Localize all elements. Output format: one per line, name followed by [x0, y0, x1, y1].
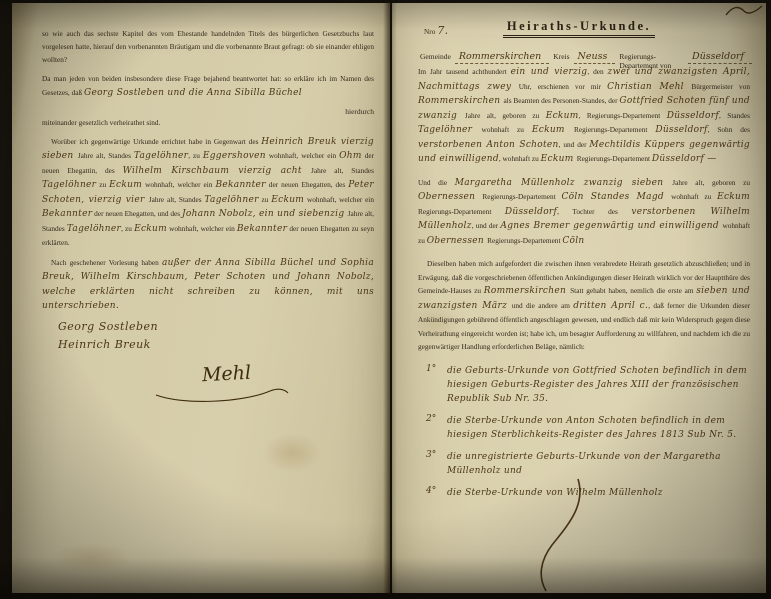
gemeinde-label: Gemeinde: [420, 52, 451, 61]
printed-text: , und der: [472, 221, 501, 230]
printed-text: , und der: [559, 140, 590, 149]
handwritten-text: Cöln: [562, 236, 584, 246]
printed-text: Regierungs-Departement: [577, 154, 652, 163]
handwritten-spouse-names: Georg Sostleben und die Anna Sibilla Büc…: [84, 88, 302, 98]
handwritten-text: Bekannter: [42, 209, 92, 219]
printed-text: zu: [96, 180, 109, 189]
exhibit-item: 1° die Geburts-Urkunde von Gottfried Sch…: [426, 364, 750, 406]
printed-text: Bürgermeister von: [691, 82, 750, 91]
printed-text: wohnhaft, welcher ein: [304, 195, 374, 204]
certificate-header: Nro 7. Heiraths-Urkunde.: [392, 17, 766, 45]
exhibit-item: 2° die Sterbe-Urkunde von Anton Schoten …: [426, 414, 750, 442]
printed-text: Jahre alt, geboren zu: [672, 178, 750, 187]
exhibit-text: die Geburts-Urkunde von Gottfried Schote…: [447, 364, 750, 406]
handwritten-text: Ohm: [339, 151, 362, 161]
left-page-text: so wie auch das sechste Kapitel des vom …: [42, 27, 374, 403]
paragraph-declaration: Da man jeden von beiden insbesondere die…: [42, 72, 374, 101]
printed-text: Und die: [418, 178, 455, 187]
handwritten-text: Eckum: [717, 192, 750, 202]
handwritten-text: Eckum: [271, 195, 304, 205]
handwritten-text: Rommerskirchen: [484, 286, 570, 296]
exhibit-marker: 2°: [426, 414, 440, 442]
exhibit-text: die unregistrierte Geburts-Urkunde von d…: [447, 450, 750, 478]
exhibit-marker: 4°: [426, 486, 440, 500]
printed-text: Jahre alt, geboren zu: [465, 111, 546, 120]
paragraph-announcements: Dieselben haben mich aufgefordert die zw…: [418, 257, 750, 354]
handwritten-text: Eckum: [109, 180, 142, 190]
right-page: Nro 7. Heiraths-Urkunde. Gemeinde Rommer…: [392, 3, 766, 593]
handwritten-text: Christian Mehl: [607, 82, 691, 92]
handwritten-text: Eckum: [541, 154, 577, 164]
record-number: Nro 7.: [424, 24, 448, 37]
right-page-text: Im Jahr tausend achthundert ein und vier…: [418, 65, 750, 508]
signature-groom: Georg Sostleben: [58, 320, 374, 333]
handwritten-text: Tagelöhner: [67, 224, 121, 234]
printed-text: wohnhaft, welcher ein: [142, 180, 215, 189]
signature-witness: Heinrich Breuk: [58, 338, 374, 351]
paper-stain: [262, 433, 322, 473]
printed-text: Regierungs-Departement: [482, 192, 561, 201]
handwritten-text: Mechtildis Küppers: [589, 140, 689, 150]
printed-text: der neuen Ehegatten, des: [266, 180, 348, 189]
handwritten-text: Gottfried Schoten: [619, 96, 709, 106]
handwritten-text: dritten April c.: [573, 301, 648, 311]
printed-text: Regierungs-Departement: [418, 207, 505, 216]
printed-married-statement: miteinander gesetzlich verheirathet sind…: [42, 116, 374, 129]
handwritten-text: Tagelöhner: [418, 125, 482, 135]
document-exhibits-list: 1° die Geburts-Urkunde von Gottfried Sch…: [426, 364, 750, 500]
printed-text: , zu: [188, 151, 203, 160]
handwritten-text: Heinrich Breuk: [261, 137, 341, 147]
handwritten-text: Eckum: [546, 111, 579, 121]
paper-stain: [52, 543, 132, 573]
exhibit-item: 3° die unregistrierte Geburts-Urkunde vo…: [426, 450, 750, 478]
printed-text: wohnhaft zu: [482, 125, 532, 134]
handwritten-text: Margaretha Müllenholz: [455, 178, 584, 188]
record-number-value: 7.: [437, 24, 448, 37]
signature-flourish-icon: [152, 385, 292, 403]
record-number-label: Nro: [424, 27, 435, 36]
exhibit-text: die Sterbe-Urkunde von Wilhelm Müllenhol…: [447, 486, 750, 500]
printed-text: Statt gehabt haben, nemlich die erste am: [570, 286, 696, 295]
handwritten-text: Bekannter: [237, 224, 287, 234]
gemeinde-value: Rommerskirchen: [455, 51, 549, 64]
printed-text: , Tochter des: [557, 207, 631, 216]
kreis-label: Kreis: [553, 52, 569, 61]
paragraph-reading-of-law: so wie auch das sechste Kapitel des vom …: [42, 27, 374, 66]
handwritten-text: Eckum: [532, 125, 574, 135]
left-page: so wie auch das sechste Kapitel des vom …: [12, 3, 390, 593]
printed-text: , Regierungs-Departement: [579, 111, 667, 120]
handwritten-text: Düsseldorf: [667, 111, 719, 121]
printed-text: wohnhaft zu: [671, 192, 717, 201]
handwritten-text: Bekannter: [215, 180, 265, 190]
exhibit-marker: 3°: [426, 450, 440, 478]
exhibit-item: 4° die Sterbe-Urkunde von Wilhelm Müllen…: [426, 486, 750, 500]
printed-text: , Sohn des: [708, 125, 750, 134]
handwritten-text: Obernessen: [427, 236, 487, 246]
printed-text: , Standes: [719, 111, 750, 120]
paragraph-witnesses: Worüber ich gegenwärtige Urkunde erricht…: [42, 135, 374, 250]
printed-text: Jahre alt, Standes: [149, 195, 205, 204]
printed-text: als Beamten des Personen-Standes, der: [503, 96, 619, 105]
handwritten-text: Düsseldorf —: [652, 154, 717, 164]
printed-text: der neuen Ehegatten, und des: [92, 209, 182, 218]
printed-text: und die andere am: [512, 301, 573, 310]
handwritten-text: Eckum: [134, 224, 167, 234]
signature-official-mehl: Mehl: [202, 361, 252, 386]
handwritten-text: zwanzig sieben: [584, 178, 673, 188]
printed-text: Uhr, erschienen vor mir: [519, 82, 607, 91]
paragraph-closing: Nach geschehener Vorlesung haben außer d…: [42, 256, 374, 314]
certificate-title-text: Heiraths-Urkunde.: [503, 19, 655, 38]
printed-text: Regierungs-Departement: [574, 125, 655, 134]
printed-text: , den: [587, 67, 607, 76]
handwritten-text: Düsseldorf: [655, 125, 707, 135]
printed-text: wohnhaft, welcher ein: [167, 224, 237, 233]
handwritten-text: Johann Nobolz, ein und siebenzig: [182, 209, 348, 219]
handwritten-text: Düsseldorf: [505, 207, 557, 217]
handwritten-text: Rommerskirchen: [418, 96, 503, 106]
printed-text: wohnhaft, welcher ein: [266, 151, 339, 160]
printed-text: Jahre alt, Standes: [78, 151, 134, 160]
handwritten-text: verstorbenen Anton Schoten: [418, 140, 559, 150]
signature-official-block: Mehl: [152, 363, 302, 403]
pen-flourish-icon: [528, 475, 588, 595]
handwritten-text: Tagelöhner: [134, 151, 188, 161]
handwritten-text: Standes Magd: [591, 192, 671, 202]
kreis-value: Neuss: [574, 51, 616, 64]
exhibit-text: die Sterbe-Urkunde von Anton Schoten bef…: [447, 414, 750, 442]
handwritten-text: Agnes Bremer gegenwärtig und einwilligen…: [500, 221, 722, 231]
handwritten-text: vierzig acht: [238, 166, 311, 176]
paragraph-bride: Und die Margaretha Müllenholz zwanzig si…: [418, 176, 750, 249]
handwritten-text: Eggershoven: [203, 151, 266, 161]
printed-text: Im Jahr tausend achthundert: [418, 67, 511, 76]
printed-text: Regierungs-Departement: [487, 236, 562, 245]
handwritten-text: ein und vierzig: [511, 67, 588, 77]
book-binding-shadow: [383, 0, 397, 599]
scanned-document-photo: so wie auch das sechste Kapitel des vom …: [0, 0, 771, 599]
printed-text: Jahre alt, Standes: [311, 166, 374, 175]
printed-text: Nach geschehener Vorlesung haben: [51, 258, 162, 267]
regierungs-departement-value: Düsseldorf: [688, 51, 752, 64]
handwritten-text: Tagelöhner: [42, 180, 96, 190]
exhibit-marker: 1°: [426, 364, 440, 406]
printed-text: , zu: [121, 224, 134, 233]
handwritten-text: Obernessen: [418, 192, 482, 202]
handwritten-text: Wilhelm Kirschbaum: [123, 166, 239, 176]
printed-text: Worüber ich gegenwärtige Urkunde erricht…: [51, 137, 261, 146]
handwritten-text: Tagelöhner: [204, 195, 258, 205]
paragraph-groom: Im Jahr tausend achthundert ein und vier…: [418, 65, 750, 167]
printed-text: zu: [259, 195, 272, 204]
printed-hierdurch: hierdurch: [42, 107, 374, 116]
handwritten-text: Cöln: [562, 192, 591, 202]
printed-text: , wohnhaft zu: [499, 154, 541, 163]
